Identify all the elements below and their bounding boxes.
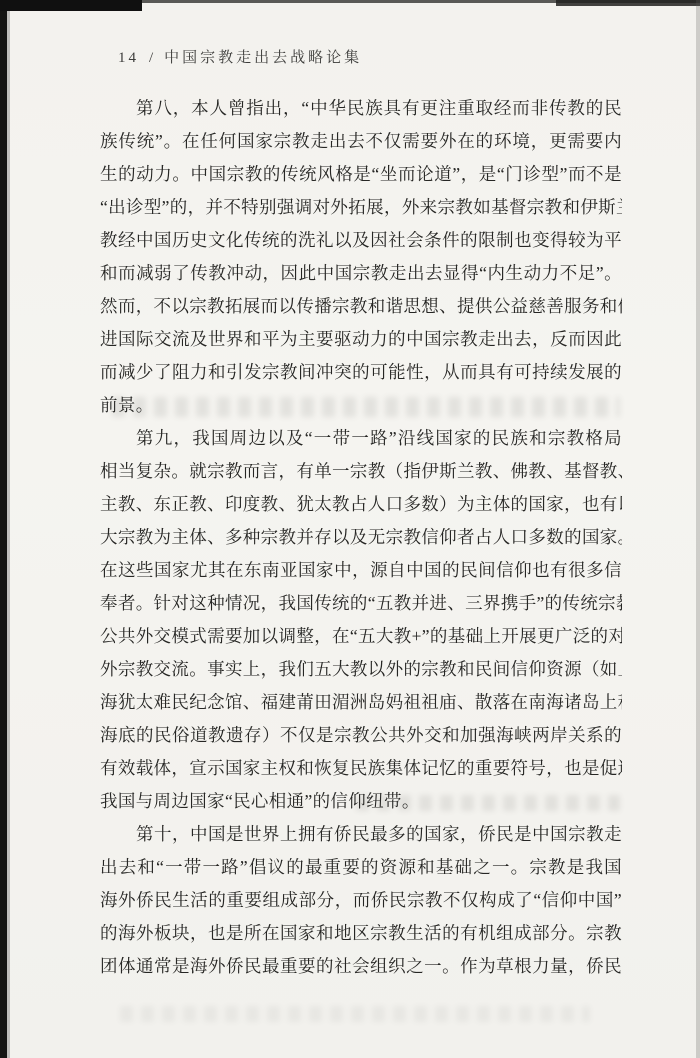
scan-corner-top-right: [556, 0, 700, 6]
text-line: 的海外板块，也是所在国家和地区宗教生活的有机组成部分。宗教: [100, 917, 622, 950]
text-line: 我国与周边国家“民心相通”的信仰纽带。: [100, 785, 622, 818]
text-line: 生的动力。中国宗教的传统风格是“坐而论道”，是“门诊型”而不是: [100, 158, 622, 191]
text-line: 然而，不以宗教拓展而以传播宗教和谐思想、提供公益慈善服务和促: [100, 290, 622, 323]
text-line: 主教、东正教、印度教、犹太教占人口多数）为主体的国家，也有以两: [100, 488, 622, 521]
text-line: 团体通常是海外侨民最重要的社会组织之一。作为草根力量，侨民: [100, 950, 622, 983]
text-line: 海外侨民生活的重要组成部分，而侨民宗教不仅构成了“信仰中国”: [100, 884, 622, 917]
text-line: 大宗教为主体、多种宗教并存以及无宗教信仰者占人口多数的国家。: [100, 521, 622, 554]
header-separator: /: [149, 50, 156, 66]
page-body: 第八，本人曾指出，“中华民族具有更注重取经而非传教的民族传统”。在任何国家宗教走…: [100, 92, 622, 983]
text-line: 相当复杂。就宗教而言，有单一宗教（指伊斯兰教、佛教、基督教、天: [100, 455, 622, 488]
text-line: 族传统”。在任何国家宗教走出去不仅需要外在的环境，更需要内: [100, 125, 622, 158]
page-header: 14/中国宗教走出去战略论集: [118, 46, 362, 67]
text-line: 海犹太难民纪念馆、福建莆田湄洲岛妈祖祖庙、散落在南海诸岛上和: [100, 686, 622, 719]
scan-edge-right: [696, 0, 700, 1058]
text-line: 第十，中国是世界上拥有侨民最多的国家，侨民是中国宗教走: [100, 818, 622, 851]
text-line: 外宗教交流。事实上，我们五大教以外的宗教和民间信仰资源（如上: [100, 653, 622, 686]
text-line: “出诊型”的，并不特别强调对外拓展，外来宗教如基督宗教和伊斯兰: [100, 191, 622, 224]
text-line: 第八，本人曾指出，“中华民族具有更注重取经而非传教的民: [100, 92, 622, 125]
text-line: 而减少了阻力和引发宗教间冲突的可能性，从而具有可持续发展的: [100, 356, 622, 389]
text-line: 和而减弱了传教冲动，因此中国宗教走出去显得“内生动力不足”。: [100, 257, 622, 290]
text-line: 有效载体，宣示国家主权和恢复民族集体记忆的重要符号，也是促进: [100, 752, 622, 785]
text-line: 前景。: [100, 389, 622, 422]
text-line: 奉者。针对这种情况，我国传统的“五教并进、三界携手”的传统宗教: [100, 587, 622, 620]
scanned-book-page: 14/中国宗教走出去战略论集 第八，本人曾指出，“中华民族具有更注重取经而非传教…: [0, 0, 700, 1058]
text-line: 教经中国历史文化传统的洗礼以及因社会条件的限制也变得较为平: [100, 224, 622, 257]
page-number: 14: [118, 50, 139, 66]
text-line: 在这些国家尤其在东南亚国家中，源自中国的民间信仰也有很多信: [100, 554, 622, 587]
text-line: 出去和“一带一路”倡议的最重要的资源和基础之一。宗教是我国: [100, 851, 622, 884]
text-line: 海底的民俗道教遗存）不仅是宗教公共外交和加强海峡两岸关系的: [100, 719, 622, 752]
scan-edge-left: [0, 0, 7, 1058]
text-line: 第九，我国周边以及“一带一路”沿线国家的民族和宗教格局: [100, 422, 622, 455]
text-line: 进国际交流及世界和平为主要驱动力的中国宗教走出去，反而因此: [100, 323, 622, 356]
text-line: 公共外交模式需要加以调整，在“五大教+”的基础上开展更广泛的对: [100, 620, 622, 653]
book-title: 中国宗教走出去战略论集: [164, 50, 362, 66]
scan-corner-top-left: [0, 0, 142, 11]
ink-bleed-through: [120, 1006, 590, 1022]
